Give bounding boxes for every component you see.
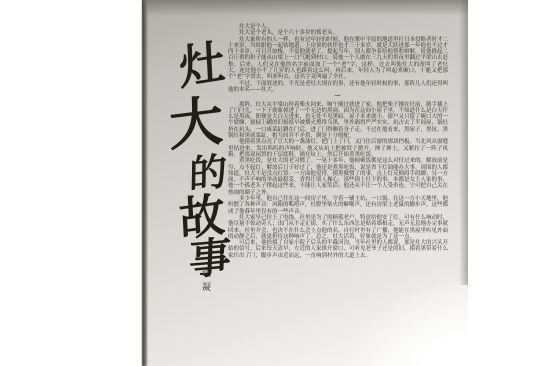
paragraph: 那阵，灶大从平梁山挎着柴火回来，晌午刚过就进了家。他把柴子撂在灶前，随手插上了门… <box>228 102 448 140</box>
body-text: 灶大是个人。灶大是个老头，是个六十多岁的孤老头。灶大象所有的人一样，也有过年轻的… <box>228 24 448 259</box>
paragraph: 他摸着黑点亮了豆大的一盏油灯，把门上了闩，又闩住后窗的那块挡板。当北风从窗缝里钻… <box>228 139 448 158</box>
page-photo: 灶大的故事 铁凝 灶大是个人。灶大是个老头，是个六十多岁的孤老头。灶大象所有的人… <box>142 0 468 366</box>
author-char: 凝 <box>202 284 211 293</box>
paragraph: 多少年里，他自己住在这一间房子里，守着一铺土炕、一口锅。在这一方小天地里，他听惯… <box>228 196 448 215</box>
photo-left-edge <box>142 0 148 366</box>
photo-top-shade <box>142 0 468 16</box>
screenshot: 灶大的故事 铁凝 灶大是个人。灶大是个老头，是个六十多岁的孤老头。灶大象所有的人… <box>0 0 549 366</box>
author-char: 铁 <box>202 270 211 279</box>
section-divider: 一 <box>228 94 448 100</box>
paragraph: 不过，下面叙述的，不光是老灶大现在的事，还有他年轻时候的事，那阵儿人们还得叫他的… <box>228 81 448 94</box>
photo-right-shade <box>459 0 468 285</box>
paragraph: 煮黑吃饭，是灶大的老习惯了。一晃十多年，他顿顿饭都是这么对付过来的。解放前是穷，… <box>228 158 448 196</box>
paragraph: 灶大家早已拉上了电线，社里是为了照顾孤老户，特意给他安了灯。可有什么响动时，他尽… <box>228 215 448 240</box>
paragraph: 灶大象所有的人一样，也有过年轻的时候，他在冀中平原的地道里打日本侵略者时才二十来… <box>228 37 448 81</box>
author-name: 铁凝 <box>202 270 211 298</box>
paragraph: 可后来，他拾掇了自家小院子后头的半截河沟，当年社里的人都说，那是灶大的兴头开始的… <box>228 240 448 259</box>
